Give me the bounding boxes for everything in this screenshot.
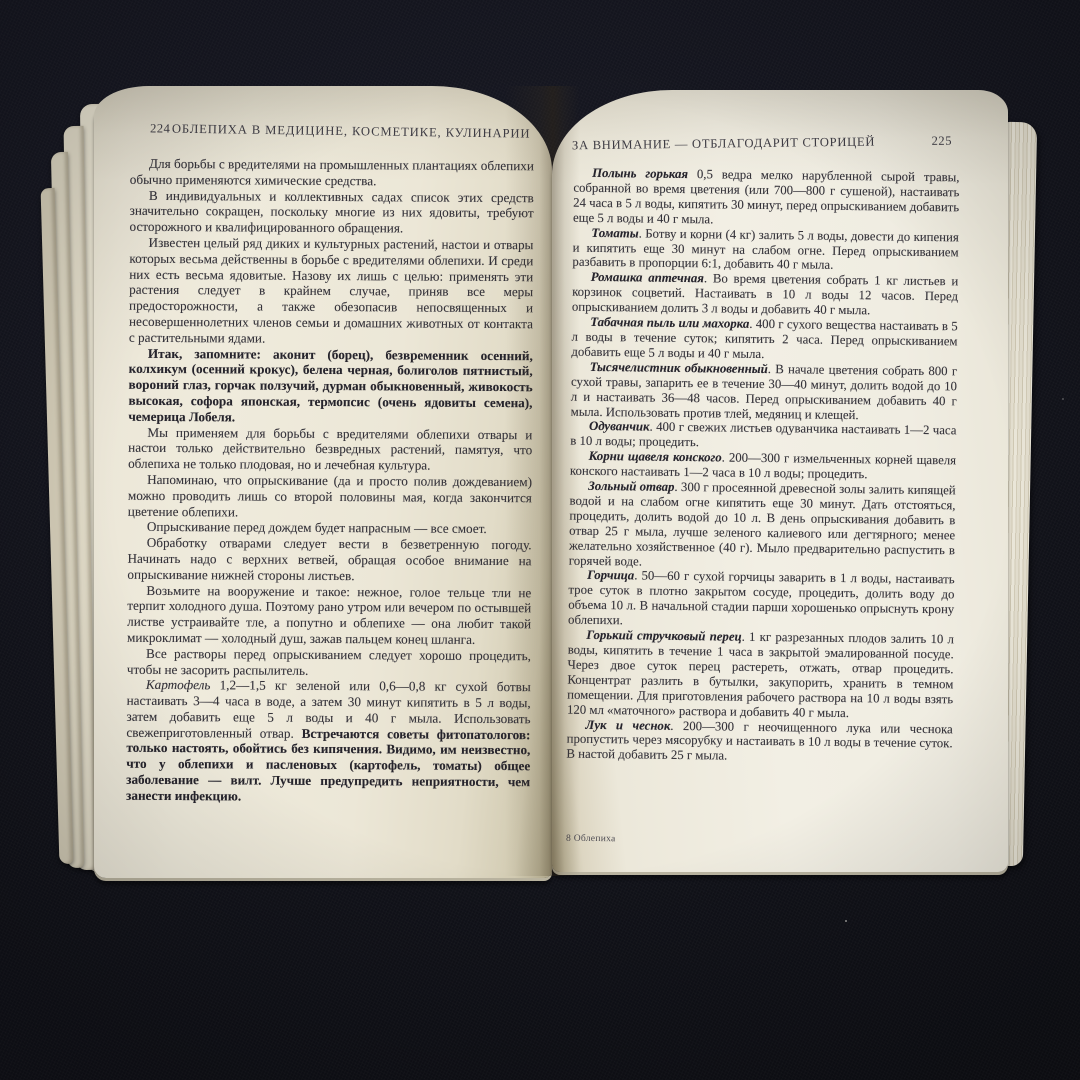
text-segment: Лук и чеснок [585, 717, 670, 732]
text-segment: Для борьбы с вредителями на промышленных… [130, 156, 534, 188]
page-number-left: 224 [150, 121, 171, 136]
paragraph: Все растворы перед опрыскиванием следует… [127, 645, 531, 679]
text-segment: Тысячелистник обыкновенный [590, 360, 768, 376]
paragraph: Напоминаю, что опрыскивание (да и просто… [128, 472, 532, 522]
paragraph: Горький стручковый перец. 1 кг разрезанн… [567, 628, 954, 722]
text-segment: Итак, запомните: аконит (борец), безврем… [128, 345, 532, 424]
paragraph: Полынь горькая 0,5 ведра мелко нарубленн… [573, 166, 960, 230]
dust-speck [845, 920, 847, 922]
paragraph: Горчица. 50—60 г сухой горчицы заварить … [568, 568, 955, 632]
text-segment: Возьмите на вооружение и такое: нежное, … [127, 582, 531, 646]
text-segment: Одуванчик [589, 419, 650, 434]
paragraph: Зольный отвар. 300 г просеянной древесно… [569, 479, 956, 573]
paragraph: Картофель 1,2—1,5 кг зеленой или 0,6—0,8… [126, 677, 531, 806]
right-page-body: Полынь горькая 0,5 ведра мелко нарубленн… [566, 166, 959, 767]
paragraph: Корни щавеля конского. 200—300 г измельч… [570, 449, 956, 484]
left-page-body: Для борьбы с вредителями на промышленных… [126, 156, 534, 806]
paragraph: Обработку отварами следует вести в безве… [127, 535, 531, 585]
paragraph: Для борьбы с вредителями на промышленных… [130, 156, 534, 190]
text-segment: Известен целый ряд диких и культурных ра… [129, 235, 534, 345]
text-segment: Напоминаю, что опрыскивание (да и просто… [128, 472, 532, 519]
text-segment: Горчица [587, 568, 634, 583]
text-segment: Полынь горькая [592, 166, 688, 181]
text-segment: В индивидуальных и коллективных садах сп… [130, 187, 534, 235]
paragraph: Мы применяем для борьбы с вредителями об… [128, 424, 532, 474]
text-segment: Ромашка аптечная [591, 270, 704, 285]
paragraph: Томаты. Ботву и корни (4 кг) залить 5 л … [572, 225, 959, 274]
text-segment: Корни щавеля конского [589, 449, 722, 465]
text-segment: Табачная пыль или махорка [590, 315, 749, 331]
text-segment: Мы применяем для борьбы с вредителями об… [128, 424, 532, 472]
paragraph: Известен целый ряд диких и культурных ра… [129, 235, 534, 348]
paragraph: Ромашка аптечная. Во время цветения собр… [572, 270, 959, 319]
text-segment: Обработку отварами следует вести в безве… [127, 535, 531, 583]
paragraph: Возьмите на вооружение и такое: нежное, … [127, 582, 531, 648]
page-number-right: 225 [932, 134, 953, 149]
text-segment: Горький стручковый перец [586, 628, 741, 644]
text-segment: Зольный отвар [588, 479, 674, 494]
text-segment: Томаты [591, 226, 638, 241]
dust-speck [1062, 398, 1064, 400]
photo-background: 224 ОБЛЕПИХА В МЕДИЦИНЕ, КОСМЕТИКЕ, КУЛИ… [0, 0, 1080, 1080]
text-segment: . 1 кг разрезанных плодов залить 10 л во… [567, 630, 954, 720]
paragraph: Лук и чеснок. 200—300 г неочищенного лук… [566, 717, 953, 766]
text-segment: Все растворы перед опрыскиванием следует… [127, 646, 531, 678]
text-segment: Опрыскивание перед дождем будет напрасны… [147, 519, 487, 536]
text-segment: Картофель [146, 677, 211, 692]
paragraph: Табачная пыль или махорка. 400 г сухого … [571, 315, 958, 364]
paragraph: Итак, запомните: аконит (борец), безврем… [128, 345, 532, 426]
paragraph: Тысячелистник обыкновенный. В начале цве… [571, 359, 958, 423]
paragraph: Одуванчик. 400 г свежих листьев одуванчи… [570, 419, 956, 454]
paragraph: В индивидуальных и коллективных садах сп… [129, 187, 533, 237]
footnote-signature: 8 Облепиха [566, 834, 616, 845]
